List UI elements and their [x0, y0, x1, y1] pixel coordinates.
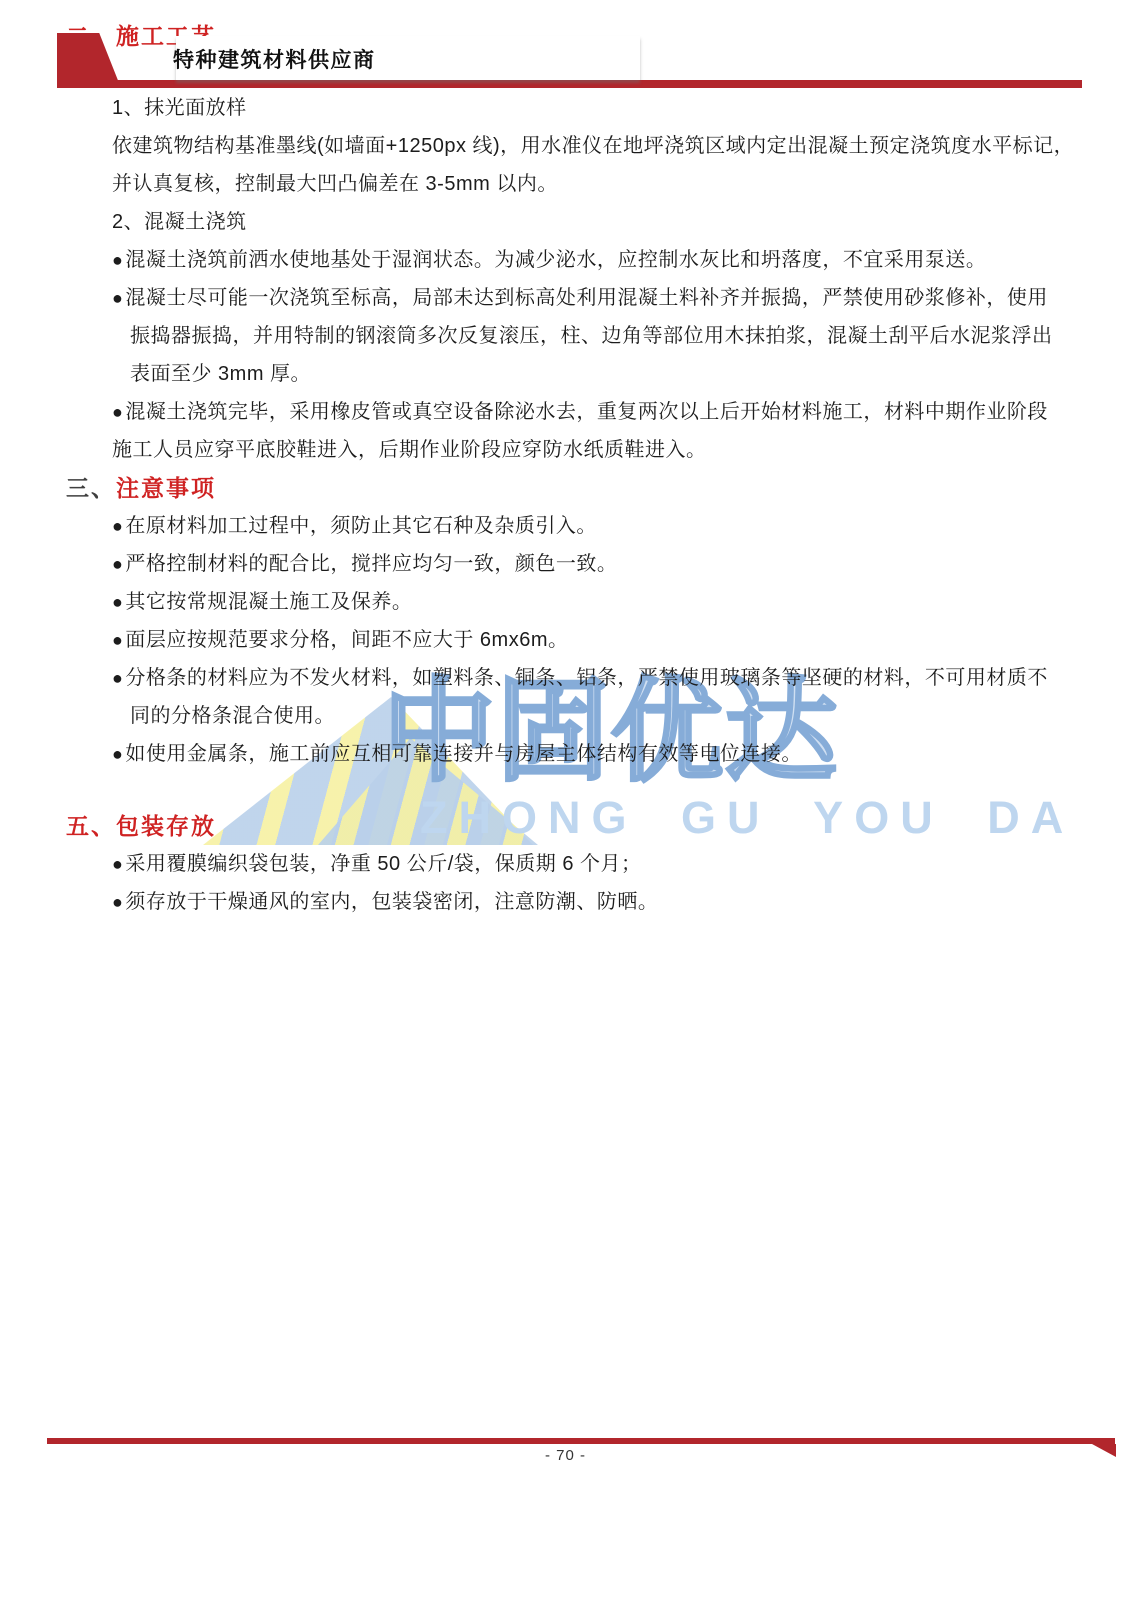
bullet-text: 严格控制材料的配合比，搅拌应均匀一致，颜色一致。	[125, 553, 617, 575]
bullet-continuation-line: 振捣器振捣，并用特制的钢滚筒多次反复滚压，柱、边角等部位用木抹拍浆，混凝土刮平后…	[130, 317, 1091, 355]
company-title: 特种建筑材料供应商	[173, 44, 376, 74]
document-body: 二、施工工艺 1、抹光面放样 依建筑物结构基准墨线(如墙面+1250px 线)，…	[0, 0, 1131, 921]
bullet-text: 面层应按规范要求分格，间距不应大于 6mx6m。	[125, 629, 568, 651]
bullet-text: 如使用金属条，施工前应互相可靠连接并与房屋主体结构有效等电位连接。	[125, 743, 802, 765]
page-number: - 70 -	[0, 1447, 1131, 1464]
bullet-item: ●混凝士尽可能一次浇筑至标高，局部未达到标高处利用混凝土料补齐并振捣，严禁使用砂…	[112, 279, 1091, 317]
bullet-text: 采用覆膜编织袋包装，净重 50 公斤/袋，保质期 6 个月；	[125, 853, 641, 875]
bullet-text: 分格条的材料应为不发火材料，如塑料条、铜条、铝条，严禁使用玻璃条等坚硬的材料，不…	[125, 667, 1048, 689]
bullet-icon: ●	[112, 288, 123, 308]
bullet-item: ●分格条的材料应为不发火材料，如塑料条、铜条、铝条，严禁使用玻璃条等坚硬的材料，…	[112, 659, 1091, 697]
bullet-icon: ●	[112, 554, 123, 574]
bullet-icon: ●	[112, 592, 123, 612]
bullet-text: 混凝士尽可能一次浇筑至标高，局部未达到标高处利用混凝土料补齐并振捣，严禁使用砂浆…	[125, 287, 1048, 309]
bullet-item: ●须存放于干燥通风的室内，包装袋密闭，注意防潮、防晒。	[112, 883, 1091, 921]
section-title: 包装存放	[116, 813, 216, 839]
bullet-continuation-line: 施工人员应穿平底胶鞋进入，后期作业阶段应穿防水纸质鞋进入。	[112, 431, 1091, 469]
bullet-item: ●面层应按规范要求分格，间距不应大于 6mx6m。	[112, 621, 1091, 659]
bullet-item: ●混凝土浇筑完毕，采用橡皮管或真空设备除泌水去，重复两次以上后开始材料施工，材料…	[112, 393, 1091, 431]
paragraph-line: 依建筑物结构基准墨线(如墙面+1250px 线)，用水准仪在地坪浇筑区域内定出混…	[112, 127, 1091, 165]
bullet-text: 混凝土浇筑前洒水使地基处于湿润状态。为减少泌水，应控制水灰比和坍落度，不宜采用泵…	[125, 249, 986, 271]
bullet-icon: ●	[112, 744, 123, 764]
bullet-text: 须存放于干燥通风的室内，包装袋密闭，注意防潮、防晒。	[125, 891, 658, 913]
bullet-item: ●其它按常规混凝土施工及保养。	[112, 583, 1091, 621]
bullet-continuation-line: 表面至少 3mm 厚。	[130, 355, 1091, 393]
footer-red-rule	[47, 1438, 1115, 1444]
bullet-continuation-line: 同的分格条混合使用。	[130, 697, 1091, 735]
bullet-icon: ●	[112, 516, 123, 536]
numbered-item: 2、混凝土浇筑	[112, 203, 1091, 241]
bullet-text: 在原材料加工过程中，须防止其它石种及杂质引入。	[125, 515, 597, 537]
paragraph-line: 并认真复核，控制最大凹凸偏差在 3-5mm 以内。	[112, 165, 1091, 203]
bullet-item: ●在原材料加工过程中，须防止其它石种及杂质引入。	[112, 507, 1091, 545]
section-title: 注意事项	[116, 475, 216, 501]
bullet-icon: ●	[112, 402, 123, 422]
bullet-icon: ●	[112, 892, 123, 912]
bullet-icon: ●	[112, 250, 123, 270]
section-heading-precautions: 三、注意事项	[66, 469, 1091, 507]
bullet-icon: ●	[112, 854, 123, 874]
bullet-icon: ●	[112, 630, 123, 650]
section-heading-packaging-storage: 五、包装存放	[66, 807, 1091, 845]
bullet-item: ●严格控制材料的配合比，搅拌应均匀一致，颜色一致。	[112, 545, 1091, 583]
bullet-icon: ●	[112, 668, 123, 688]
bullet-item: ●如使用金属条，施工前应互相可靠连接并与房屋主体结构有效等电位连接。	[112, 735, 1091, 773]
section-prefix: 三、	[66, 475, 116, 501]
section-prefix: 五、	[66, 813, 116, 839]
numbered-item: 1、抹光面放样	[112, 89, 1091, 127]
bullet-text: 其它按常规混凝土施工及保养。	[125, 591, 412, 613]
bullet-text: 混凝土浇筑完毕，采用橡皮管或真空设备除泌水去，重复两次以上后开始材料施工，材料中…	[125, 401, 1048, 423]
bullet-item: ●混凝土浇筑前洒水使地基处于湿润状态。为减少泌水，应控制水灰比和坍落度，不宜采用…	[112, 241, 1091, 279]
bullet-item: ●采用覆膜编织袋包装，净重 50 公斤/袋，保质期 6 个月；	[112, 845, 1091, 883]
